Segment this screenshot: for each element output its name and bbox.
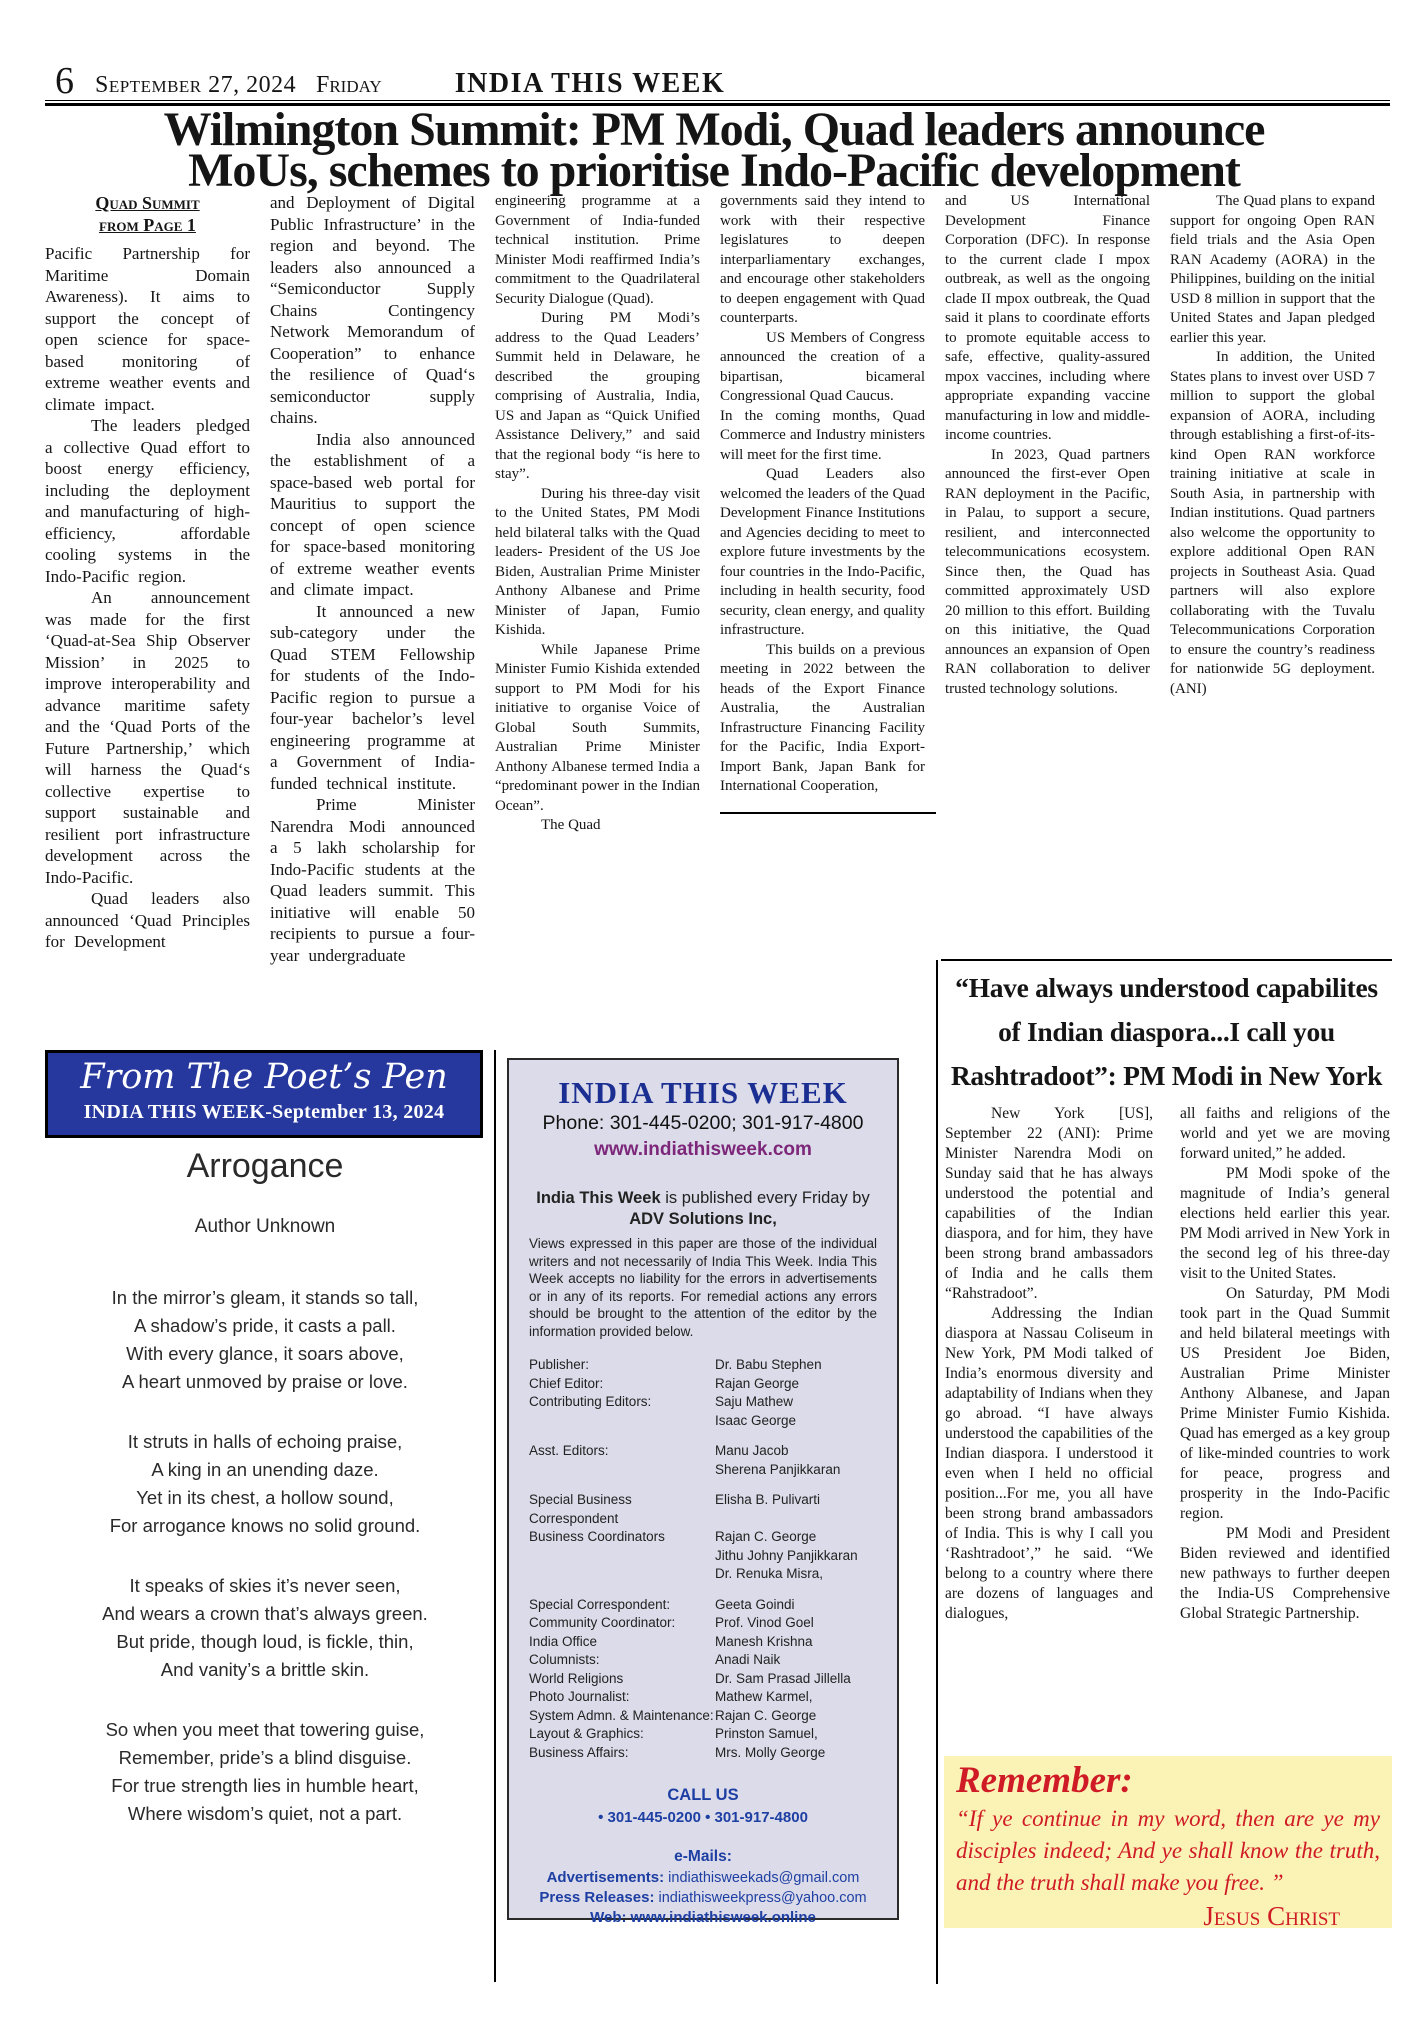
article-paragraph: PM Modi spoke of the magnitude of India’…	[1180, 1164, 1390, 1284]
staff-row: Columnists:Anadi Naik	[529, 1651, 877, 1670]
staff-name: Sherena Panjikkaran	[715, 1461, 877, 1480]
staff-role-label: Special Correspondent:	[529, 1596, 715, 1615]
staff-names: Saju MathewIsaac George	[715, 1393, 877, 1430]
staff-row: Business CoordinatorsRajan C. GeorgeJith…	[529, 1528, 877, 1584]
article-paragraph: all faiths and religions of the world an…	[1180, 1104, 1390, 1164]
article-paragraph: It announced a new sub-category under th…	[270, 601, 475, 795]
publication-disclaimer: Views expressed in this paper are those …	[529, 1235, 877, 1340]
staff-names: Mrs. Molly George	[715, 1744, 877, 1763]
staff-row: India OfficeManesh Krishna	[529, 1633, 877, 1652]
staff-row: Asst. Editors:Manu JacobSherena Panjikka…	[529, 1442, 877, 1479]
headline-line: Rashtradoot”: PM Modi in New York	[941, 1054, 1392, 1098]
article-column-5: and US International Development Finance…	[945, 192, 1150, 699]
article-paragraph: In 2023, Quad partners announced the fir…	[945, 446, 1150, 700]
article-column-2: and Deployment of Digital Public Infrast…	[270, 192, 475, 1048]
staff-role-label: Photo Journalist:	[529, 1688, 715, 1707]
poem-line: Where wisdom’s quiet, not a part.	[45, 1800, 485, 1828]
staff-names: Dr. Babu Stephen	[715, 1356, 877, 1375]
staff-role-label: Columnists:	[529, 1651, 715, 1670]
staff-names: Geeta Goindi	[715, 1596, 877, 1615]
staff-role-label: India Office	[529, 1633, 715, 1652]
staff-role-label: Community Coordinator:	[529, 1614, 715, 1633]
article-paragraph: US Members of Congress announced the cre…	[720, 329, 925, 407]
headline-line: “Have always understood capabilites	[941, 966, 1392, 1010]
staff-row: Special Business CorrespondentElisha B. …	[529, 1491, 877, 1528]
headline-line: of Indian diaspora...I call you	[941, 1010, 1392, 1054]
staff-role-label: Business Coordinators	[529, 1528, 715, 1584]
vertical-divider-left	[494, 1050, 496, 1982]
publication-website-link[interactable]: www.indiathisweek.com	[529, 1139, 877, 1161]
remember-box: Remember: “If ye continue in my word, th…	[944, 1756, 1392, 1928]
article-paragraph: governments said they intend to work wit…	[720, 192, 925, 329]
horizontal-divider-column4	[720, 812, 936, 814]
article-column-6: The Quad plans to expand support for ong…	[1170, 192, 1375, 699]
staff-name: Mathew Karmel,	[715, 1688, 877, 1707]
staff-name: Elisha B. Pulivarti	[715, 1491, 877, 1510]
article-paragraph: India also announced the establishment o…	[270, 429, 475, 601]
staff-row: Community Coordinator:Prof. Vinod Goel	[529, 1614, 877, 1633]
poem-title: Arrogance	[45, 1146, 485, 1186]
staff-name: Prof. Vinod Goel	[715, 1614, 877, 1633]
staff-name: Dr. Sam Prasad Jillella	[715, 1670, 877, 1689]
article-paragraph: New York [US], September 22 (ANI): Prime…	[945, 1104, 1153, 1304]
remember-quote: “If ye continue in my word, then are ye …	[956, 1803, 1380, 1899]
staff-names: Rajan C. GeorgeJithu Johny PanjikkaranDr…	[715, 1528, 877, 1584]
staff-name: Rajan George	[715, 1375, 877, 1394]
article-paragraph: An announcement was made for the first ‘…	[45, 587, 250, 888]
poem-line: For arrogance knows no solid ground.	[45, 1512, 485, 1540]
staff-names: Anadi Naik	[715, 1651, 877, 1670]
staff-role-label: Layout & Graphics:	[529, 1725, 715, 1744]
staff-role-label: Business Affairs:	[529, 1744, 715, 1763]
advertisements-label: Advertisements:	[547, 1869, 665, 1886]
continuation-notice: Quad Summit from Page 1	[45, 192, 250, 236]
article-paragraph: engineering programme at a Government of…	[495, 192, 700, 309]
header-rule-thin	[45, 100, 1390, 101]
poem-stanza: It speaks of skies it’s never seen,And w…	[45, 1572, 485, 1684]
article-column-4: governments said they intend to work wit…	[720, 192, 925, 797]
poem-stanza: In the mirror’s gleam, it stands so tall…	[45, 1284, 485, 1396]
poem-author: Author Unknown	[45, 1216, 485, 1238]
emails-heading: e-Mails:	[529, 1848, 877, 1866]
poets-pen-banner: From The Poet’s Pen INDIA THIS WEEK-Sept…	[45, 1050, 483, 1138]
masthead-title: INDIA THIS WEEK	[430, 68, 750, 100]
staff-name: Isaac George	[715, 1412, 877, 1431]
staff-names: Manu JacobSherena Panjikkaran	[715, 1442, 877, 1479]
modi-article-headline: “Have always understood capabilitesof In…	[941, 966, 1392, 1098]
poem-line: With every glance, it soars above,	[45, 1340, 485, 1368]
web-label: Web:	[590, 1909, 626, 1926]
article-paragraph: Addressing the Indian diaspora at Nassau…	[945, 1304, 1153, 1624]
poem-line: It speaks of skies it’s never seen,	[45, 1572, 485, 1600]
poem-stanza: So when you meet that towering guise,Rem…	[45, 1716, 485, 1828]
staff-name: Geeta Goindi	[715, 1596, 877, 1615]
continuation-line-1: Quad Summit	[45, 192, 250, 214]
article-paragraph: Pacific Partnership for Maritime Domain …	[45, 243, 250, 415]
poem-line: In the mirror’s gleam, it stands so tall…	[45, 1284, 485, 1312]
headline-line: MoUs, schemes to prioritise Indo-Pacific…	[30, 150, 1398, 191]
staff-role-label: Special Business Correspondent	[529, 1491, 715, 1528]
vertical-divider-right	[936, 960, 938, 1984]
poem-section: Arrogance Author Unknown In the mirror’s…	[45, 1146, 485, 1860]
article-paragraph: In addition, the United States plans to …	[1170, 348, 1375, 699]
issue-day: Friday	[316, 72, 382, 99]
staff-row: Publisher:Dr. Babu Stephen	[529, 1356, 877, 1375]
poem-line: Yet in its chest, a hollow sound,	[45, 1484, 485, 1512]
staff-name: Rajan C. George	[715, 1707, 877, 1726]
lead-headline: Wilmington Summit: PM Modi, Quad leaders…	[30, 109, 1398, 191]
article-paragraph: and Deployment of Digital Public Infrast…	[270, 192, 475, 429]
article-column-1: Quad Summit from Page 1 Pacific Partners…	[45, 192, 250, 1048]
press-releases-email-link[interactable]: indiathisweekpress@yahoo.com	[658, 1890, 866, 1906]
staff-role-label: Publisher:	[529, 1356, 715, 1375]
article-paragraph: During his three-day visit to the United…	[495, 485, 700, 641]
publication-phone: Phone: 301-445-0200; 301-917-4800	[529, 1112, 877, 1135]
staff-names: Rajan C. George	[715, 1707, 877, 1726]
advertisements-email-link[interactable]: indiathisweekads@gmail.com	[668, 1870, 859, 1886]
staff-row: Special Correspondent:Geeta Goindi	[529, 1596, 877, 1615]
publication-about: India This Week is published every Frida…	[529, 1189, 877, 1208]
publisher-company: ADV Solutions Inc,	[529, 1210, 877, 1229]
article-column-3: engineering programme at a Government of…	[495, 192, 700, 836]
staff-names: Rajan George	[715, 1375, 877, 1394]
article-paragraph: While Japanese Prime Minister Fumio Kish…	[495, 641, 700, 817]
staff-name: Manesh Krishna	[715, 1633, 877, 1652]
staff-name: Dr. Babu Stephen	[715, 1356, 877, 1375]
modi-article-column-1: New York [US], September 22 (ANI): Prime…	[945, 1104, 1153, 1624]
staff-row: Business Affairs:Mrs. Molly George	[529, 1744, 877, 1763]
article-paragraph: This builds on a previous meeting in 202…	[720, 641, 925, 797]
article-paragraph: Prime Minister Narendra Modi announced a…	[270, 794, 475, 966]
article-paragraph: and US International Development Finance…	[945, 192, 1150, 446]
poets-pen-issue: INDIA THIS WEEK-September 13, 2024	[48, 1100, 480, 1124]
staff-name: Prinston Samuel,	[715, 1725, 877, 1744]
continuation-line-2: from Page 1	[45, 214, 250, 236]
staff-names: Dr. Sam Prasad Jillella	[715, 1670, 877, 1689]
staff-name: Jithu Johny Panjikkaran	[715, 1547, 877, 1566]
staff-name: Saju Mathew	[715, 1393, 877, 1412]
article-paragraph: Quad Leaders also welcomed the leaders o…	[720, 465, 925, 641]
article-paragraph: During PM Modi’s address to the Quad Lea…	[495, 309, 700, 485]
article-paragraph: Quad leaders also announced ‘Quad Princi…	[45, 888, 250, 953]
advertisements-line: Advertisements: indiathisweekads@gmail.c…	[529, 1869, 877, 1886]
staff-row: Photo Journalist:Mathew Karmel,	[529, 1688, 877, 1707]
staff-names: Prof. Vinod Goel	[715, 1614, 877, 1633]
press-releases-line: Press Releases: indiathisweekpress@yahoo…	[529, 1889, 877, 1906]
staff-row: World ReligionsDr. Sam Prasad Jillella	[529, 1670, 877, 1689]
poem-line: A shadow’s pride, it casts a pall.	[45, 1312, 485, 1340]
publication-about-rest: is published every Friday by	[661, 1189, 870, 1207]
staff-role-label: Chief Editor:	[529, 1375, 715, 1394]
issue-date: September 27, 2024	[95, 72, 296, 99]
staff-name: Rajan C. George	[715, 1528, 877, 1547]
remember-heading: Remember:	[956, 1760, 1380, 1802]
poem-line: So when you meet that towering guise,	[45, 1716, 485, 1744]
poem-line: For true strength lies in humble heart,	[45, 1772, 485, 1800]
staff-row: System Admn. & Maintenance:Rajan C. Geor…	[529, 1707, 877, 1726]
article-paragraph: PM Modi and President Biden reviewed and…	[1180, 1524, 1390, 1624]
article-paragraph: The Quad plans to expand support for ong…	[1170, 192, 1375, 348]
staff-name: Mrs. Molly George	[715, 1744, 877, 1763]
page-number: 6	[55, 62, 74, 100]
staff-names: Mathew Karmel,	[715, 1688, 877, 1707]
article-paragraph: In the coming months, Quad Commerce and …	[720, 407, 925, 466]
call-us-heading: CALL US	[529, 1786, 877, 1805]
poets-pen-title: From The Poet’s Pen	[48, 1054, 480, 1100]
staff-row: Layout & Graphics:Prinston Samuel,	[529, 1725, 877, 1744]
press-releases-label: Press Releases:	[539, 1889, 654, 1906]
staff-role-label: Contributing Editors:	[529, 1393, 715, 1430]
web-url-link[interactable]: www.indiathisweek.online	[631, 1909, 816, 1926]
staff-role-label: System Admn. & Maintenance:	[529, 1707, 715, 1726]
staff-role-label: Asst. Editors:	[529, 1442, 715, 1479]
staff-role-label: World Religions	[529, 1670, 715, 1689]
call-us-numbers: • 301-445-0200 • 301-917-4800	[529, 1809, 877, 1826]
staff-row: Chief Editor:Rajan George	[529, 1375, 877, 1394]
publication-name-bold: India This Week	[536, 1189, 660, 1207]
modi-article-column-2: all faiths and religions of the world an…	[1180, 1104, 1390, 1624]
publication-info-box: INDIA THIS WEEK Phone: 301-445-0200; 301…	[507, 1058, 899, 1920]
staff-names: Prinston Samuel,	[715, 1725, 877, 1744]
staff-name: Manu Jacob	[715, 1442, 877, 1461]
poem-stanza: It struts in halls of echoing praise,A k…	[45, 1428, 485, 1540]
staff-row: Contributing Editors:Saju MathewIsaac Ge…	[529, 1393, 877, 1430]
staff-names: Elisha B. Pulivarti	[715, 1491, 877, 1528]
horizontal-divider-right-article	[941, 959, 1392, 961]
remember-attribution: Jesus Christ	[956, 1901, 1380, 1932]
publication-title: INDIA THIS WEEK	[529, 1076, 877, 1110]
newspaper-page: 6 September 27, 2024 Friday INDIA THIS W…	[0, 0, 1428, 2028]
staff-name: Anadi Naik	[715, 1651, 877, 1670]
poem-line: And vanity’s a brittle skin.	[45, 1656, 485, 1684]
poem-line: It struts in halls of echoing praise,	[45, 1428, 485, 1456]
poem-body: In the mirror’s gleam, it stands so tall…	[45, 1284, 485, 1828]
poem-line: A king in an unending daze.	[45, 1456, 485, 1484]
staff-names: Manesh Krishna	[715, 1633, 877, 1652]
poem-line: But pride, though loud, is fickle, thin,	[45, 1628, 485, 1656]
web-line: Web: www.indiathisweek.online	[529, 1909, 877, 1926]
article-paragraph: On Saturday, PM Modi took part in the Qu…	[1180, 1284, 1390, 1524]
poem-line: And wears a crown that’s always green.	[45, 1600, 485, 1628]
article-paragraph: The leaders pledged a collective Quad ef…	[45, 415, 250, 587]
poem-line: Remember, pride’s a blind disguise.	[45, 1744, 485, 1772]
article-paragraph: The Quad	[495, 816, 700, 836]
poem-line: A heart unmoved by praise or love.	[45, 1368, 485, 1396]
staff-list: Publisher:Dr. Babu StephenChief Editor:R…	[529, 1356, 877, 1762]
staff-name: Dr. Renuka Misra,	[715, 1565, 877, 1584]
